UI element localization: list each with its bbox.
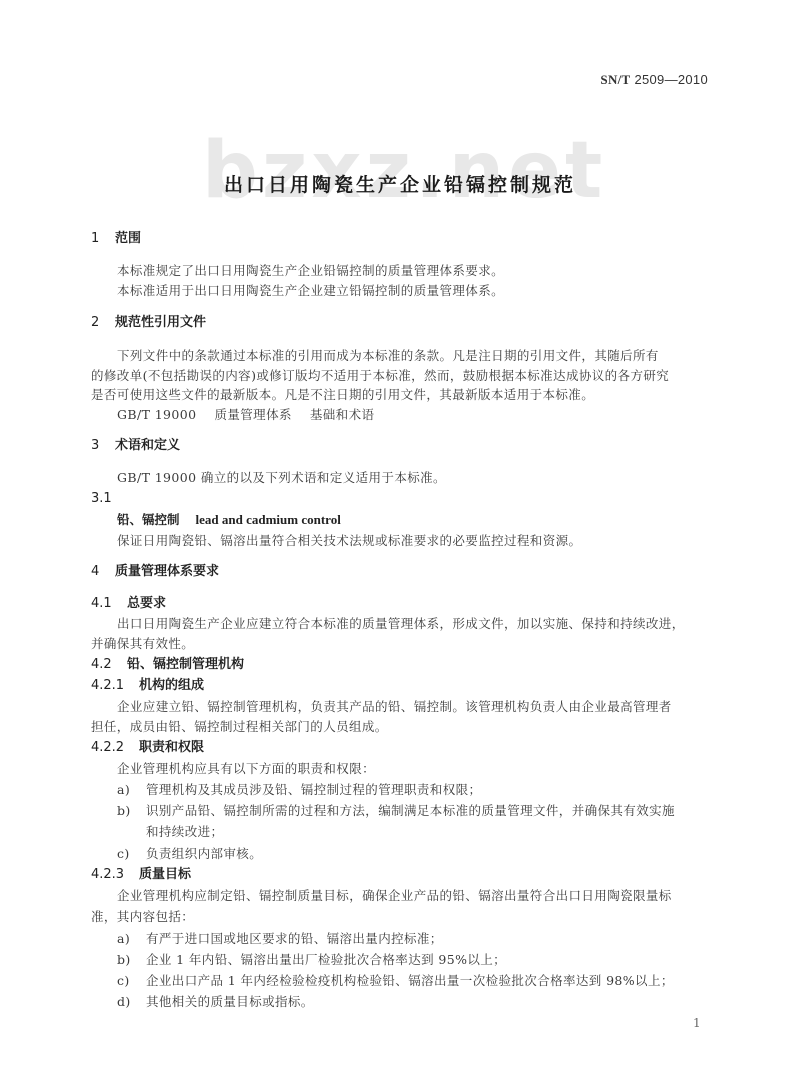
paragraph: 企业管理机构应具有以下方面的职责和权限： (117, 760, 375, 778)
term-entry: 铅、镉控制lead and cadmium control (117, 511, 341, 529)
paragraph: 出口日用陶瓷生产企业应建立符合本标准的质量管理体系，形成文件，加以实施、保持和持… (117, 615, 685, 633)
section-1-heading: 1范围 (91, 230, 141, 248)
list-item: a)有严于进口国或地区要求的铅、镉溶出量内控标准； (117, 930, 443, 948)
section-4-2-2-heading: 4.2.2职责和权限 (91, 739, 204, 757)
section-2-heading: 2规范性引用文件 (91, 314, 206, 332)
section-3-heading: 3术语和定义 (91, 437, 180, 455)
paragraph: 是否可使用这些文件的最新版本。凡是不注日期的引用文件，其最新版本适用于本标准。 (91, 386, 594, 404)
standard-code: SN/T 2509—2010 (600, 72, 708, 88)
section-4-1-heading: 4.1总要求 (91, 595, 166, 613)
paragraph: 担任，成员由铅、镉控制过程相关部门的人员组成。 (91, 718, 388, 736)
term-definition: 保证日用陶瓷铅、镉溶出量符合相关技术法规或标准要求的必要监控过程和资源。 (117, 532, 581, 550)
term-number: 3.1 (91, 490, 112, 508)
paragraph: 企业管理机构应制定铅、镉控制质量目标，确保企业产品的铅、镉溶出量符合出口日用陶瓷… (117, 887, 672, 905)
paragraph: 本标准适用于出口日用陶瓷生产企业建立铅镉控制的质量管理体系。 (117, 282, 504, 300)
list-item: d)其他相关的质量目标或指标。 (117, 993, 314, 1011)
paragraph: 准，其内容包括： (91, 908, 194, 926)
section-4-2-3-heading: 4.2.3质量目标 (91, 866, 191, 884)
section-4-2-heading: 4.2铅、镉控制管理机构 (91, 656, 244, 674)
section-4-2-1-heading: 4.2.1机构的组成 (91, 677, 204, 695)
list-item: a)管理机构及其成员涉及铅、镉控制过程的管理职责和权限； (117, 781, 481, 799)
list-item-continuation: 和持续改进； (146, 823, 223, 841)
list-item: b)识别产品铅、镉控制所需的过程和方法，编制满足本标准的质量管理文件，并确保其有… (117, 802, 675, 820)
document-title: 出口日用陶瓷生产企业铅镉控制规范 (0, 170, 800, 197)
list-item: c)负责组织内部审核。 (117, 845, 262, 863)
paragraph: 的修改单(不包括勘误的内容)或修订版均不适用于本标准，然而，鼓励根据本标准达成协… (91, 367, 669, 385)
standard-number: 2509—2010 (634, 72, 708, 87)
paragraph: 下列文件中的条款通过本标准的引用而成为本标准的条款。凡是注日期的引用文件，其随后… (117, 347, 659, 365)
section-4-heading: 4质量管理体系要求 (91, 563, 219, 581)
list-item: c)企业出口产品 1 年内经检验检疫机构检验铅、镉溶出量一次检验批次合格率达到 … (117, 972, 674, 990)
paragraph: 企业应建立铅、镉控制管理机构，负责其产品的铅、镉控制。该管理机构负责人由企业最高… (117, 698, 672, 716)
paragraph: 并确保其有效性。 (91, 635, 194, 653)
list-item: b)企业 1 年内铅、镉溶出量出厂检验批次合格率达到 95%以上； (117, 951, 506, 969)
paragraph: GB/T 19000 确立的以及下列术语和定义适用于本标准。 (117, 469, 446, 487)
page-number: 1 (693, 1016, 701, 1030)
standard-prefix: SN/T (600, 72, 630, 87)
normative-reference: GB/T 19000质量管理体系基础和术语 (117, 406, 374, 424)
paragraph: 本标准规定了出口日用陶瓷生产企业铅镉控制的质量管理体系要求。 (117, 262, 504, 280)
